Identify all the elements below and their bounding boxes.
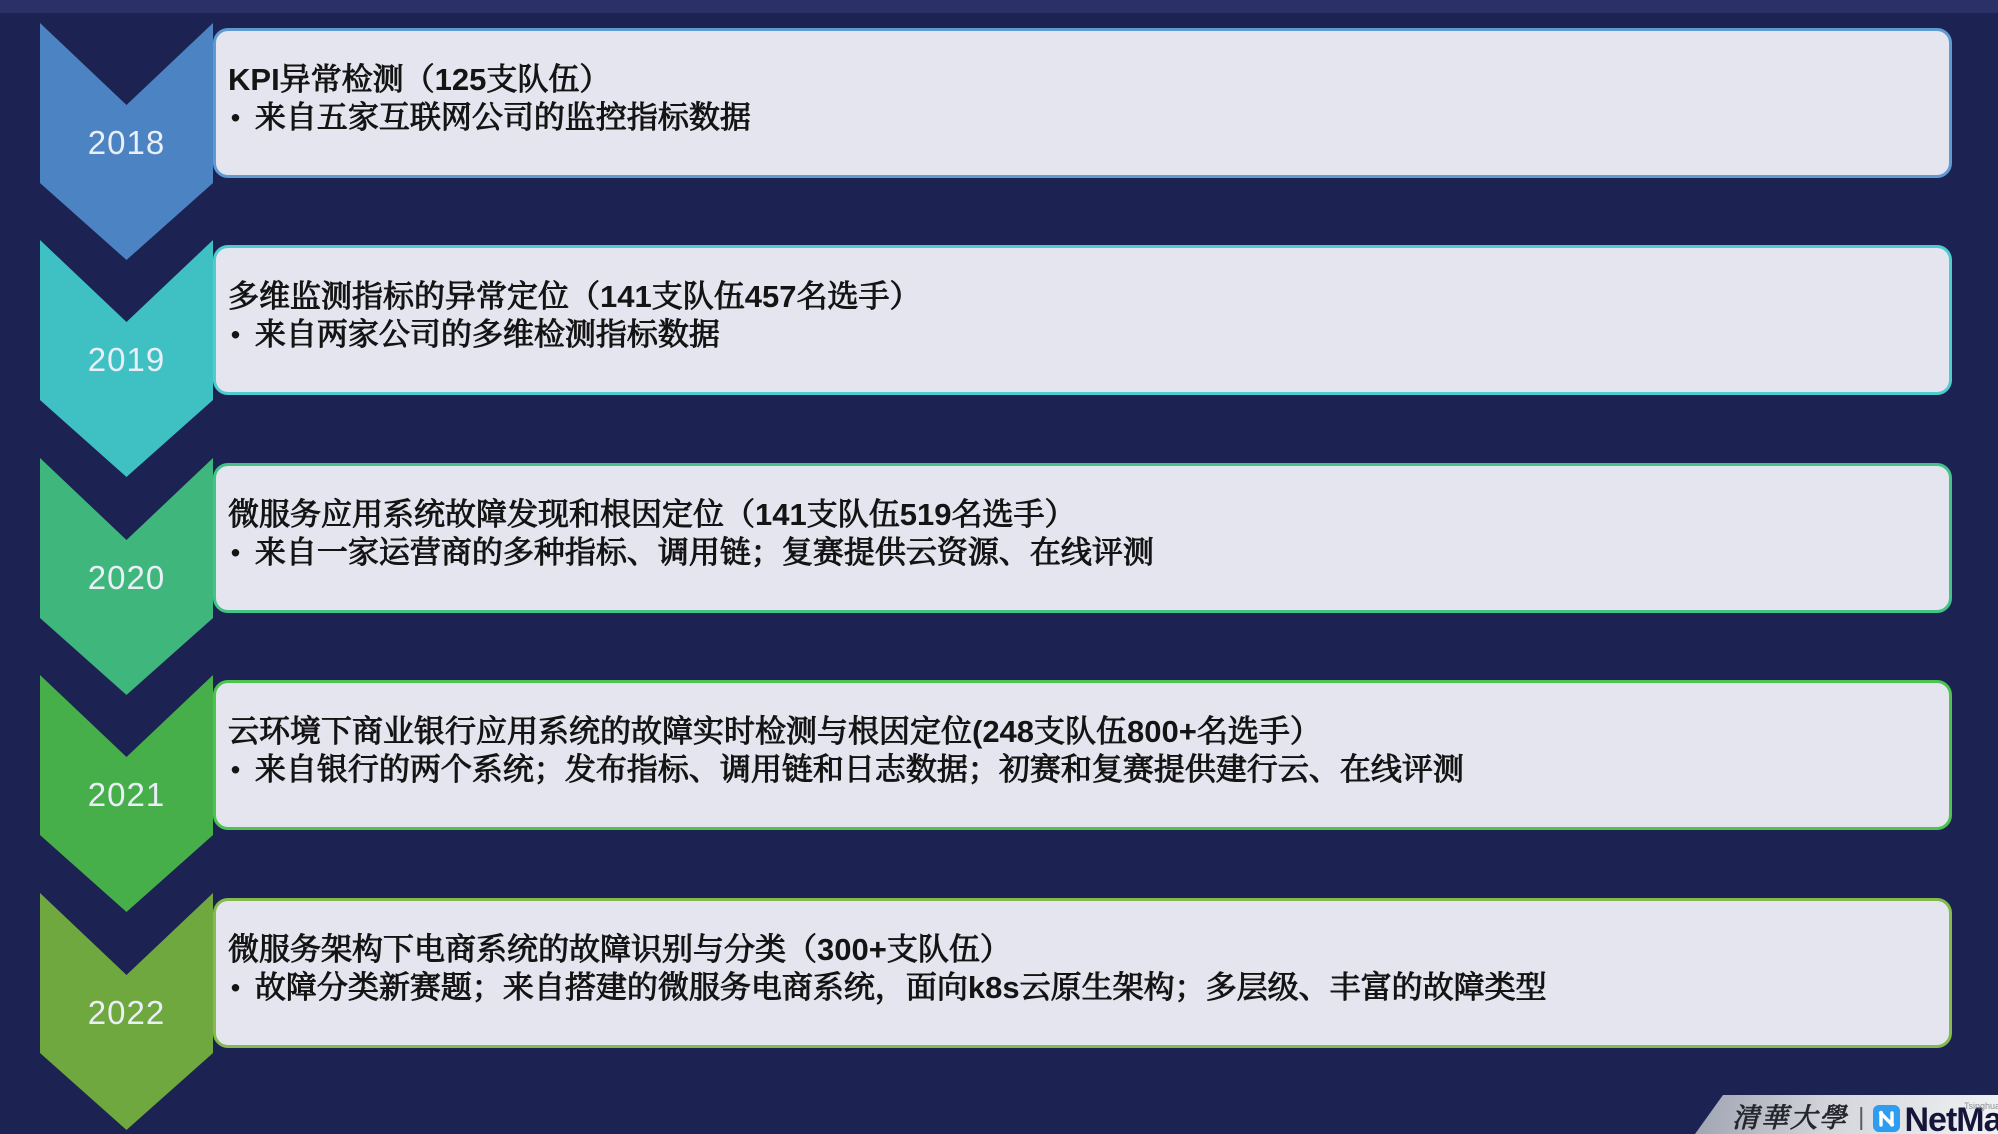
bullet-icon: •: [231, 319, 240, 351]
milestone-bullet-line: •来自两家公司的多维检测指标数据: [228, 316, 1925, 354]
bullet-icon: •: [231, 537, 240, 569]
bullet-icon: •: [231, 972, 240, 1004]
milestone-title: 微服务应用系统故障发现和根因定位（141支队伍519名选手）: [228, 496, 1925, 534]
slide-top-strip: [0, 0, 1998, 13]
milestone-title: 云环境下商业银行应用系统的故障实时检测与根因定位(248支队伍800+名选手）: [228, 713, 1925, 751]
year-chevron-2018: 2018: [40, 23, 213, 260]
milestone-card-2019: 多维监测指标的异常定位（141支队伍457名选手） •来自两家公司的多维检测指标…: [213, 245, 1952, 395]
milestone-title: KPI异常检测（125支队伍）: [228, 61, 1925, 99]
milestone-card-2022: 微服务架构下电商系统的故障识别与分类（300+支队伍） •故障分类新赛题；来自搭…: [213, 898, 1952, 1048]
milestone-card-2021: 云环境下商业银行应用系统的故障实时检测与根因定位(248支队伍800+名选手） …: [213, 680, 1952, 830]
milestone-title: 多维监测指标的异常定位（141支队伍457名选手）: [228, 278, 1925, 316]
bullet-icon: •: [231, 102, 240, 134]
netman-icon: [1873, 1105, 1900, 1132]
milestone-bullet-line: •来自五家互联网公司的监控指标数据: [228, 99, 1925, 137]
year-chevron-2021: 2021: [40, 675, 213, 912]
bullet-text: 来自两家公司的多维检测指标数据: [255, 317, 720, 352]
milestone-title: 微服务架构下电商系统的故障识别与分类（300+支队伍）: [228, 931, 1925, 969]
year-chevron-2020: 2020: [40, 458, 213, 695]
year-label: 2018: [40, 124, 213, 162]
footer-logo-banner: 清華大學 | NetMan Tsinghua: [1695, 1095, 1998, 1134]
footer-small-text: Tsinghua: [1964, 1101, 1998, 1111]
bullet-text: 故障分类新赛题；来自搭建的微服务电商系统，面向k8s云原生架构；多层级、丰富的故…: [255, 970, 1547, 1005]
bullet-text: 来自五家互联网公司的监控指标数据: [255, 100, 751, 135]
year-label: 2021: [40, 776, 213, 814]
bullet-text: 来自银行的两个系统；发布指标、调用链和日志数据；初赛和复赛提供建行云、在线评测: [255, 752, 1464, 787]
milestone-bullet-line: •故障分类新赛题；来自搭建的微服务电商系统，面向k8s云原生架构；多层级、丰富的…: [228, 969, 1925, 1007]
tsinghua-university-logo: 清華大學: [1732, 1103, 1848, 1133]
year-chevron-2019: 2019: [40, 240, 213, 477]
year-label: 2022: [40, 994, 213, 1032]
year-label: 2020: [40, 559, 213, 597]
milestone-card-2018: KPI异常检测（125支队伍） •来自五家互联网公司的监控指标数据: [213, 28, 1952, 178]
bullet-text: 来自一家运营商的多种指标、调用链；复赛提供云资源、在线评测: [255, 535, 1154, 570]
milestone-card-2020: 微服务应用系统故障发现和根因定位（141支队伍519名选手） •来自一家运营商的…: [213, 463, 1952, 613]
milestone-bullet-line: •来自银行的两个系统；发布指标、调用链和日志数据；初赛和复赛提供建行云、在线评测: [228, 751, 1925, 789]
year-chevron-2022: 2022: [40, 893, 213, 1130]
year-label: 2019: [40, 341, 213, 379]
bullet-icon: •: [231, 754, 240, 786]
logo-separator: |: [1858, 1103, 1865, 1131]
milestone-bullet-line: •来自一家运营商的多种指标、调用链；复赛提供云资源、在线评测: [228, 534, 1925, 572]
